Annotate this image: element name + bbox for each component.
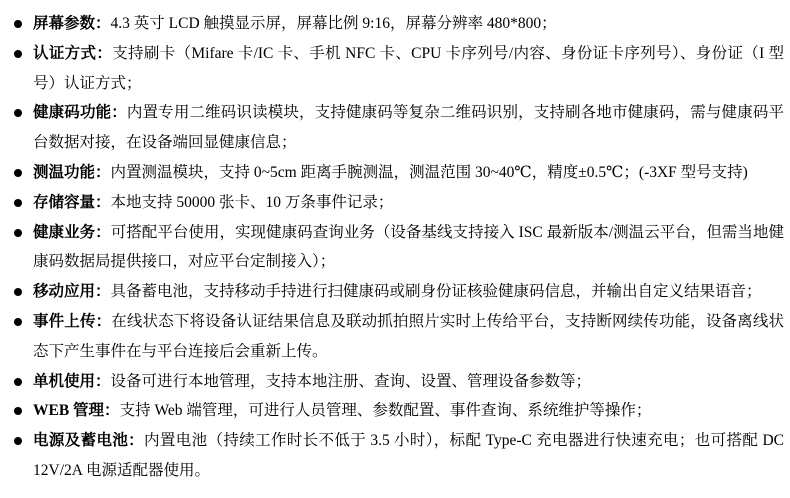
- spec-item-text: 4.3 英寸 LCD 触摸显示屏，屏幕比例 9:16，屏幕分辨率 480*800…: [111, 15, 557, 32]
- spec-item-label: 测温功能：: [33, 164, 111, 181]
- spec-item-label: 电源及蓄电池：: [33, 432, 144, 449]
- spec-item-text: 可搭配平台使用，实现健康码查询业务（设备基线支持接入 ISC 最新版本/测温云平…: [33, 224, 784, 271]
- spec-document: 屏幕参数：4.3 英寸 LCD 触摸显示屏，屏幕比例 9:16，屏幕分辨率 48…: [0, 0, 790, 498]
- spec-item-standalone: 单机使用：设备可进行本地管理，支持本地注册、查询、设置、管理设备参数等；: [13, 367, 784, 397]
- spec-item-text: 支持刷卡（Mifare 卡/IC 卡、手机 NFC 卡、CPU 卡序列号/内容、…: [33, 45, 784, 92]
- spec-item-label: WEB 管理：: [33, 402, 120, 419]
- spec-item-text: 在线状态下将设备认证结果信息及联动抓拍照片实时上传给平台，支持断网续传功能，设备…: [33, 313, 784, 360]
- spec-item-health-service: 健康业务：可搭配平台使用，实现健康码查询业务（设备基线支持接入 ISC 最新版本…: [13, 218, 784, 278]
- spec-item-label: 单机使用：: [33, 373, 111, 390]
- bullet-icon: [14, 20, 22, 28]
- spec-item-event-upload: 事件上传：在线状态下将设备认证结果信息及联动抓拍照片实时上传给平台，支持断网续传…: [13, 307, 784, 367]
- bullet-icon: [14, 109, 22, 117]
- bullet-icon: [14, 288, 22, 296]
- bullet-icon: [14, 199, 22, 207]
- spec-item-text: 本地支持 50000 张卡、10 万条事件记录；: [111, 194, 394, 211]
- bullet-icon: [14, 169, 22, 177]
- bullet-icon: [14, 318, 22, 326]
- spec-item-label: 屏幕参数：: [33, 15, 111, 32]
- spec-item-text: 内置专用二维码识读模块，支持健康码等复杂二维码识别，支持刷各地市健康码，需与健康…: [33, 104, 784, 151]
- spec-item-temperature: 测温功能：内置测温模块，支持 0~5cm 距离手腕测温，测温范围 30~40℃，…: [13, 158, 784, 188]
- spec-item-text: 内置电池（持续工作时长不低于 3.5 小时），标配 Type-C 充电器进行快速…: [33, 432, 784, 479]
- spec-item-mobile-app: 移动应用：具备蓄电池，支持移动手持进行扫健康码或刷身份证核验健康码信息，并输出自…: [13, 277, 784, 307]
- spec-item-label: 认证方式：: [33, 45, 112, 62]
- spec-item-screen: 屏幕参数：4.3 英寸 LCD 触摸显示屏，屏幕比例 9:16，屏幕分辨率 48…: [13, 9, 784, 39]
- spec-item-auth: 认证方式：支持刷卡（Mifare 卡/IC 卡、手机 NFC 卡、CPU 卡序列…: [13, 39, 784, 99]
- spec-item-text: 具备蓄电池，支持移动手持进行扫健康码或刷身份证核验健康码信息，并输出自定义结果语…: [111, 283, 762, 300]
- spec-item-storage: 存储容量：本地支持 50000 张卡、10 万条事件记录；: [13, 188, 784, 218]
- spec-item-power-battery: 电源及蓄电池：内置电池（持续工作时长不低于 3.5 小时），标配 Type-C …: [13, 426, 784, 486]
- spec-item-web-management: WEB 管理：支持 Web 端管理，可进行人员管理、参数配置、事件查询、系统维护…: [13, 396, 784, 426]
- spec-item-label: 移动应用：: [33, 283, 111, 300]
- spec-item-label: 健康业务：: [33, 224, 111, 241]
- bullet-icon: [14, 437, 22, 445]
- spec-item-text: 内置测温模块，支持 0~5cm 距离手腕测温，测温范围 30~40℃，精度±0.…: [111, 164, 748, 181]
- spec-item-label: 健康码功能：: [33, 104, 127, 121]
- spec-item-text: 支持 Web 端管理，可进行人员管理、参数配置、事件查询、系统维护等操作；: [120, 402, 652, 419]
- bullet-icon: [14, 229, 22, 237]
- bullet-icon: [14, 50, 22, 58]
- bullet-icon: [14, 378, 22, 386]
- spec-list: 屏幕参数：4.3 英寸 LCD 触摸显示屏，屏幕比例 9:16，屏幕分辨率 48…: [13, 9, 784, 486]
- spec-item-health-code: 健康码功能：内置专用二维码识读模块，支持健康码等复杂二维码识别，支持刷各地市健康…: [13, 98, 784, 158]
- bullet-icon: [14, 407, 22, 415]
- spec-item-label: 事件上传：: [33, 313, 111, 330]
- spec-item-text: 设备可进行本地管理，支持本地注册、查询、设置、管理设备参数等；: [111, 373, 592, 390]
- spec-item-label: 存储容量：: [33, 194, 111, 211]
